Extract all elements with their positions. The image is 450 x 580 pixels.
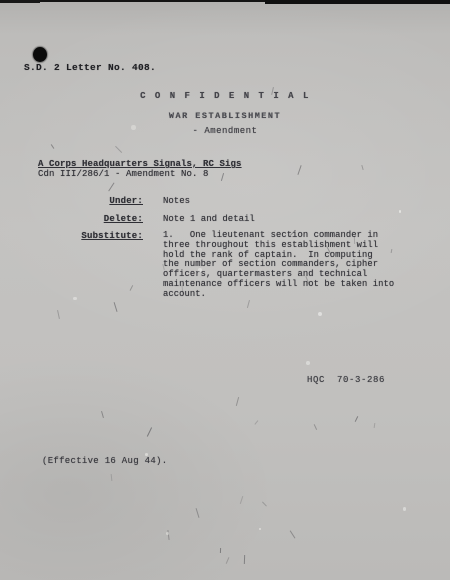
scratch-mark [50, 144, 54, 149]
document-title: WAR ESTABLISHMENT [0, 111, 450, 121]
unit-reference: Cdn III/286/1 - Amendment No. 8 [38, 169, 242, 179]
scratch-mark [355, 416, 359, 422]
scratch-mark [290, 530, 296, 538]
scratch-mark [111, 474, 113, 481]
unit-name: A Corps Headquarters Signals, RC Sigs [38, 159, 242, 169]
delete-label: Delete: [0, 214, 143, 224]
paper-speck [306, 361, 310, 365]
scratch-mark [147, 427, 152, 436]
classification-header: C O N F I D E N T I A L [0, 91, 450, 101]
substitute-label: Substitute: [0, 231, 143, 241]
scratch-mark [226, 557, 230, 564]
field-row-delete: Delete: Note 1 and detail [0, 214, 450, 224]
scan-edge-top-right [265, 0, 450, 4]
delete-value: Note 1 and detail [163, 214, 255, 224]
field-row-under: Under: Notes [0, 196, 450, 206]
scratch-mark [262, 502, 267, 507]
field-row-substitute: Substitute: 1. One lieutenant section co… [0, 231, 450, 300]
effective-date: (Effective 16 Aug 44). [42, 456, 167, 466]
paper-speck [166, 532, 169, 535]
scratch-mark [115, 146, 122, 153]
scratch-mark [240, 496, 244, 504]
substitute-value: 1. One lieutenant section commander in t… [163, 231, 394, 300]
amendment-fields: Under: Notes Delete: Note 1 and detail S… [0, 196, 450, 307]
paper-speck [403, 507, 407, 511]
scratch-mark [362, 165, 364, 170]
scratch-mark [298, 165, 302, 175]
scratch-mark [108, 183, 114, 192]
scratch-mark [374, 423, 376, 428]
scratch-mark [101, 411, 104, 418]
under-value: Notes [163, 196, 190, 206]
unit-block: A Corps Headquarters Signals, RC Sigs Cd… [38, 159, 242, 179]
scratch-mark [243, 555, 244, 564]
hole-punch-mark [33, 47, 47, 62]
scratch-mark [220, 548, 221, 553]
scratch-mark [57, 310, 60, 319]
paper-speck [259, 528, 262, 531]
scan-edge-top-left [0, 0, 40, 3]
file-reference: HQC 70-3-286 [307, 375, 385, 385]
scratch-mark [255, 420, 259, 424]
scratch-mark [314, 424, 318, 430]
scratch-mark [196, 508, 200, 518]
document-subtitle: - Amendment [0, 126, 450, 136]
under-label: Under: [0, 196, 143, 206]
document-page: S.D. 2 Letter No. 408. C O N F I D E N T… [0, 0, 450, 580]
letter-number: S.D. 2 Letter No. 408. [24, 62, 156, 73]
paper-speck [318, 312, 322, 316]
scratch-mark [168, 530, 170, 540]
scratch-mark [236, 397, 239, 406]
